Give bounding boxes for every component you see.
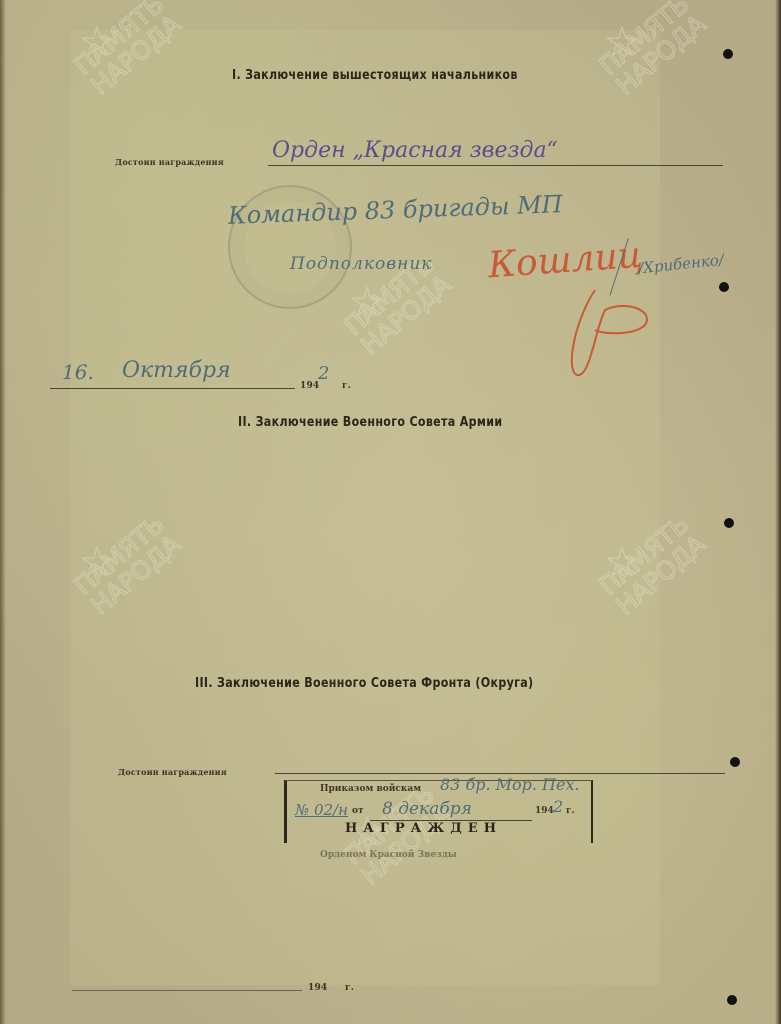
section1-award-label: Достоин награждения — [115, 157, 224, 167]
punch-hole — [723, 49, 733, 59]
date-month: Октября — [122, 358, 231, 383]
stamp-order-unit: 83 бр. Мор. Пех. — [440, 775, 580, 794]
date-unit: г. — [342, 381, 351, 391]
bottom-date-year-prefix: 194 — [308, 983, 327, 993]
stamp-order-prefix: Приказом войскам — [320, 784, 421, 794]
bottom-date-underline — [72, 990, 302, 991]
page-left-edge — [0, 0, 6, 1024]
stamp-order-date: 8 декабря — [382, 799, 472, 819]
stamp-award-faded: Орденом Красной Звезды — [320, 850, 457, 860]
date-day: 16. — [62, 360, 94, 384]
award-underline — [268, 165, 723, 166]
stamp-order-number: № 02/н — [295, 801, 348, 819]
section3-award-label: Достоин награждения — [118, 767, 227, 777]
section2-heading: II. Заключение Военного Совета Армии — [238, 414, 502, 430]
stamp-order-from: от — [352, 806, 364, 816]
section1-heading: I. Заключение вышестоящих начальников — [232, 67, 518, 83]
punch-hole — [730, 757, 740, 767]
award-underline — [275, 773, 725, 774]
stamp-year-suffix: 2 — [553, 797, 563, 816]
punch-hole — [719, 282, 729, 292]
signer-rank: Подполковник — [290, 254, 432, 274]
stamp-year-prefix: 194 — [535, 806, 554, 816]
punch-hole — [727, 995, 737, 1005]
bottom-date-unit: г. — [345, 983, 354, 993]
page-right-edge — [775, 0, 781, 1024]
section1-award-value: Орден „Красная звезда“ — [272, 138, 558, 163]
date-year-prefix: 194 — [300, 381, 319, 391]
document-page: ★ ПАМЯТЬ НАРОДА ★ ПАМЯТЬ НАРОДА ★ ПАМЯТЬ… — [0, 0, 781, 1024]
date-underline — [50, 388, 295, 389]
date-year-suffix: 2 — [318, 363, 329, 384]
red-signature-flourish — [565, 280, 665, 380]
stamp-status: НАГРАЖДЕН — [345, 821, 502, 836]
section3-heading: III. Заключение Военного Совета Фронта (… — [195, 675, 533, 691]
punch-hole — [724, 518, 734, 528]
stamp-year-unit: г. — [566, 806, 575, 816]
